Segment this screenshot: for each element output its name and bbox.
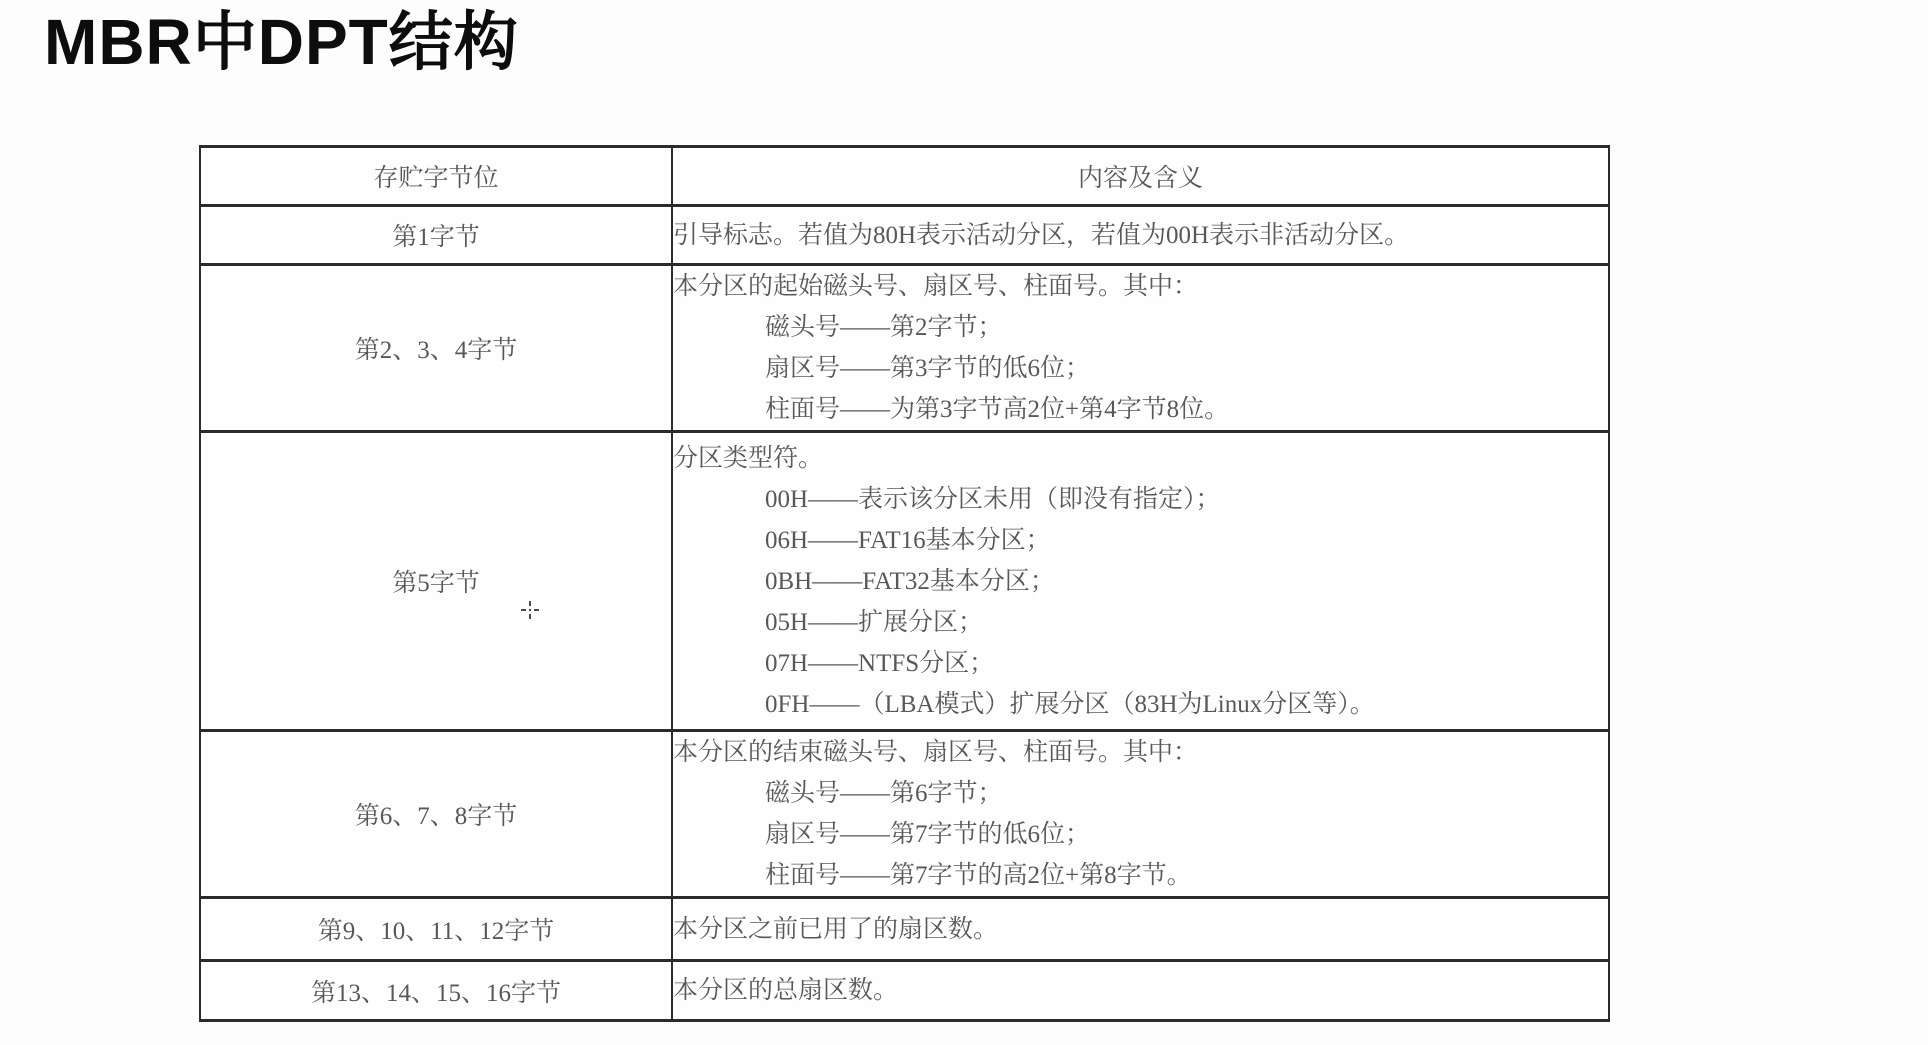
byte-cell: 第1字节 bbox=[200, 206, 672, 265]
byte-cell: 第13、14、15、16字节 bbox=[200, 961, 672, 1021]
meaning-line: 0BH——FAT32基本分区； bbox=[673, 561, 1608, 602]
column-header-meaning: 内容及含义 bbox=[672, 147, 1609, 206]
meaning-line: 扇区号——第7字节的低6位； bbox=[673, 814, 1608, 855]
meaning-line: 06H——FAT16基本分区； bbox=[673, 520, 1608, 561]
byte-cell: 第5字节 bbox=[200, 432, 672, 731]
meaning-line: 本分区的总扇区数。 bbox=[673, 970, 1608, 1011]
meaning-line: 柱面号——第7字节的高2位+第8字节。 bbox=[673, 855, 1608, 896]
meaning-line: 柱面号——为第3字节高2位+第4字节8位。 bbox=[673, 389, 1608, 430]
meaning-line: 磁头号——第2字节； bbox=[673, 307, 1608, 348]
table-row: 第13、14、15、16字节 本分区的总扇区数。 bbox=[200, 961, 1609, 1021]
meaning-line: 07H——NTFS分区； bbox=[673, 643, 1608, 684]
meaning-cell: 引导标志。若值为80H表示活动分区，若值为00H表示非活动分区。 bbox=[672, 206, 1609, 265]
meaning-line: 引导标志。若值为80H表示活动分区，若值为00H表示非活动分区。 bbox=[673, 215, 1608, 256]
meaning-line: 扇区号——第3字节的低6位； bbox=[673, 348, 1608, 389]
table-row: 第1字节 引导标志。若值为80H表示活动分区，若值为00H表示非活动分区。 bbox=[200, 206, 1609, 265]
meaning-line: 分区类型符。 bbox=[673, 438, 1608, 479]
meaning-cell: 本分区之前已用了的扇区数。 bbox=[672, 898, 1609, 961]
meaning-line: 05H——扩展分区； bbox=[673, 602, 1608, 643]
meaning-line: 00H——表示该分区未用（即没有指定）； bbox=[673, 479, 1608, 520]
meaning-cell: 本分区的结束磁头号、扇区号、柱面号。其中： 磁头号——第6字节； 扇区号——第7… bbox=[672, 731, 1609, 898]
column-header-byte-position: 存贮字节位 bbox=[200, 147, 672, 206]
meaning-line: 0FH——（LBA模式）扩展分区（83H为Linux分区等）。 bbox=[673, 684, 1608, 725]
meaning-cell: 分区类型符。 00H——表示该分区未用（即没有指定）； 06H——FAT16基本… bbox=[672, 432, 1609, 731]
table-row: 第6、7、8字节 本分区的结束磁头号、扇区号、柱面号。其中： 磁头号——第6字节… bbox=[200, 731, 1609, 898]
byte-cell: 第9、10、11、12字节 bbox=[200, 898, 672, 961]
table-row: 第2、3、4字节 本分区的起始磁头号、扇区号、柱面号。其中： 磁头号——第2字节… bbox=[200, 265, 1609, 432]
meaning-line: 磁头号——第6字节； bbox=[673, 773, 1608, 814]
meaning-line: 本分区的结束磁头号、扇区号、柱面号。其中： bbox=[673, 732, 1608, 773]
meaning-line: 本分区的起始磁头号、扇区号、柱面号。其中： bbox=[673, 266, 1608, 307]
dpt-structure-table: 存贮字节位 内容及含义 第1字节 引导标志。若值为80H表示活动分区，若值为00… bbox=[199, 145, 1610, 1022]
page-title: MBR中DPT结构 bbox=[44, 0, 519, 84]
meaning-cell: 本分区的总扇区数。 bbox=[672, 961, 1609, 1021]
meaning-line: 本分区之前已用了的扇区数。 bbox=[673, 909, 1608, 950]
table-header-row: 存贮字节位 内容及含义 bbox=[200, 147, 1609, 206]
byte-cell: 第6、7、8字节 bbox=[200, 731, 672, 898]
meaning-cell: 本分区的起始磁头号、扇区号、柱面号。其中： 磁头号——第2字节； 扇区号——第3… bbox=[672, 265, 1609, 432]
table-row: 第9、10、11、12字节 本分区之前已用了的扇区数。 bbox=[200, 898, 1609, 961]
byte-cell: 第2、3、4字节 bbox=[200, 265, 672, 432]
precision-select-cursor-icon bbox=[521, 601, 539, 619]
table-row: 第5字节 分区类型符。 00H——表示该分区未用（即没有指定）； 06H——FA… bbox=[200, 432, 1609, 731]
